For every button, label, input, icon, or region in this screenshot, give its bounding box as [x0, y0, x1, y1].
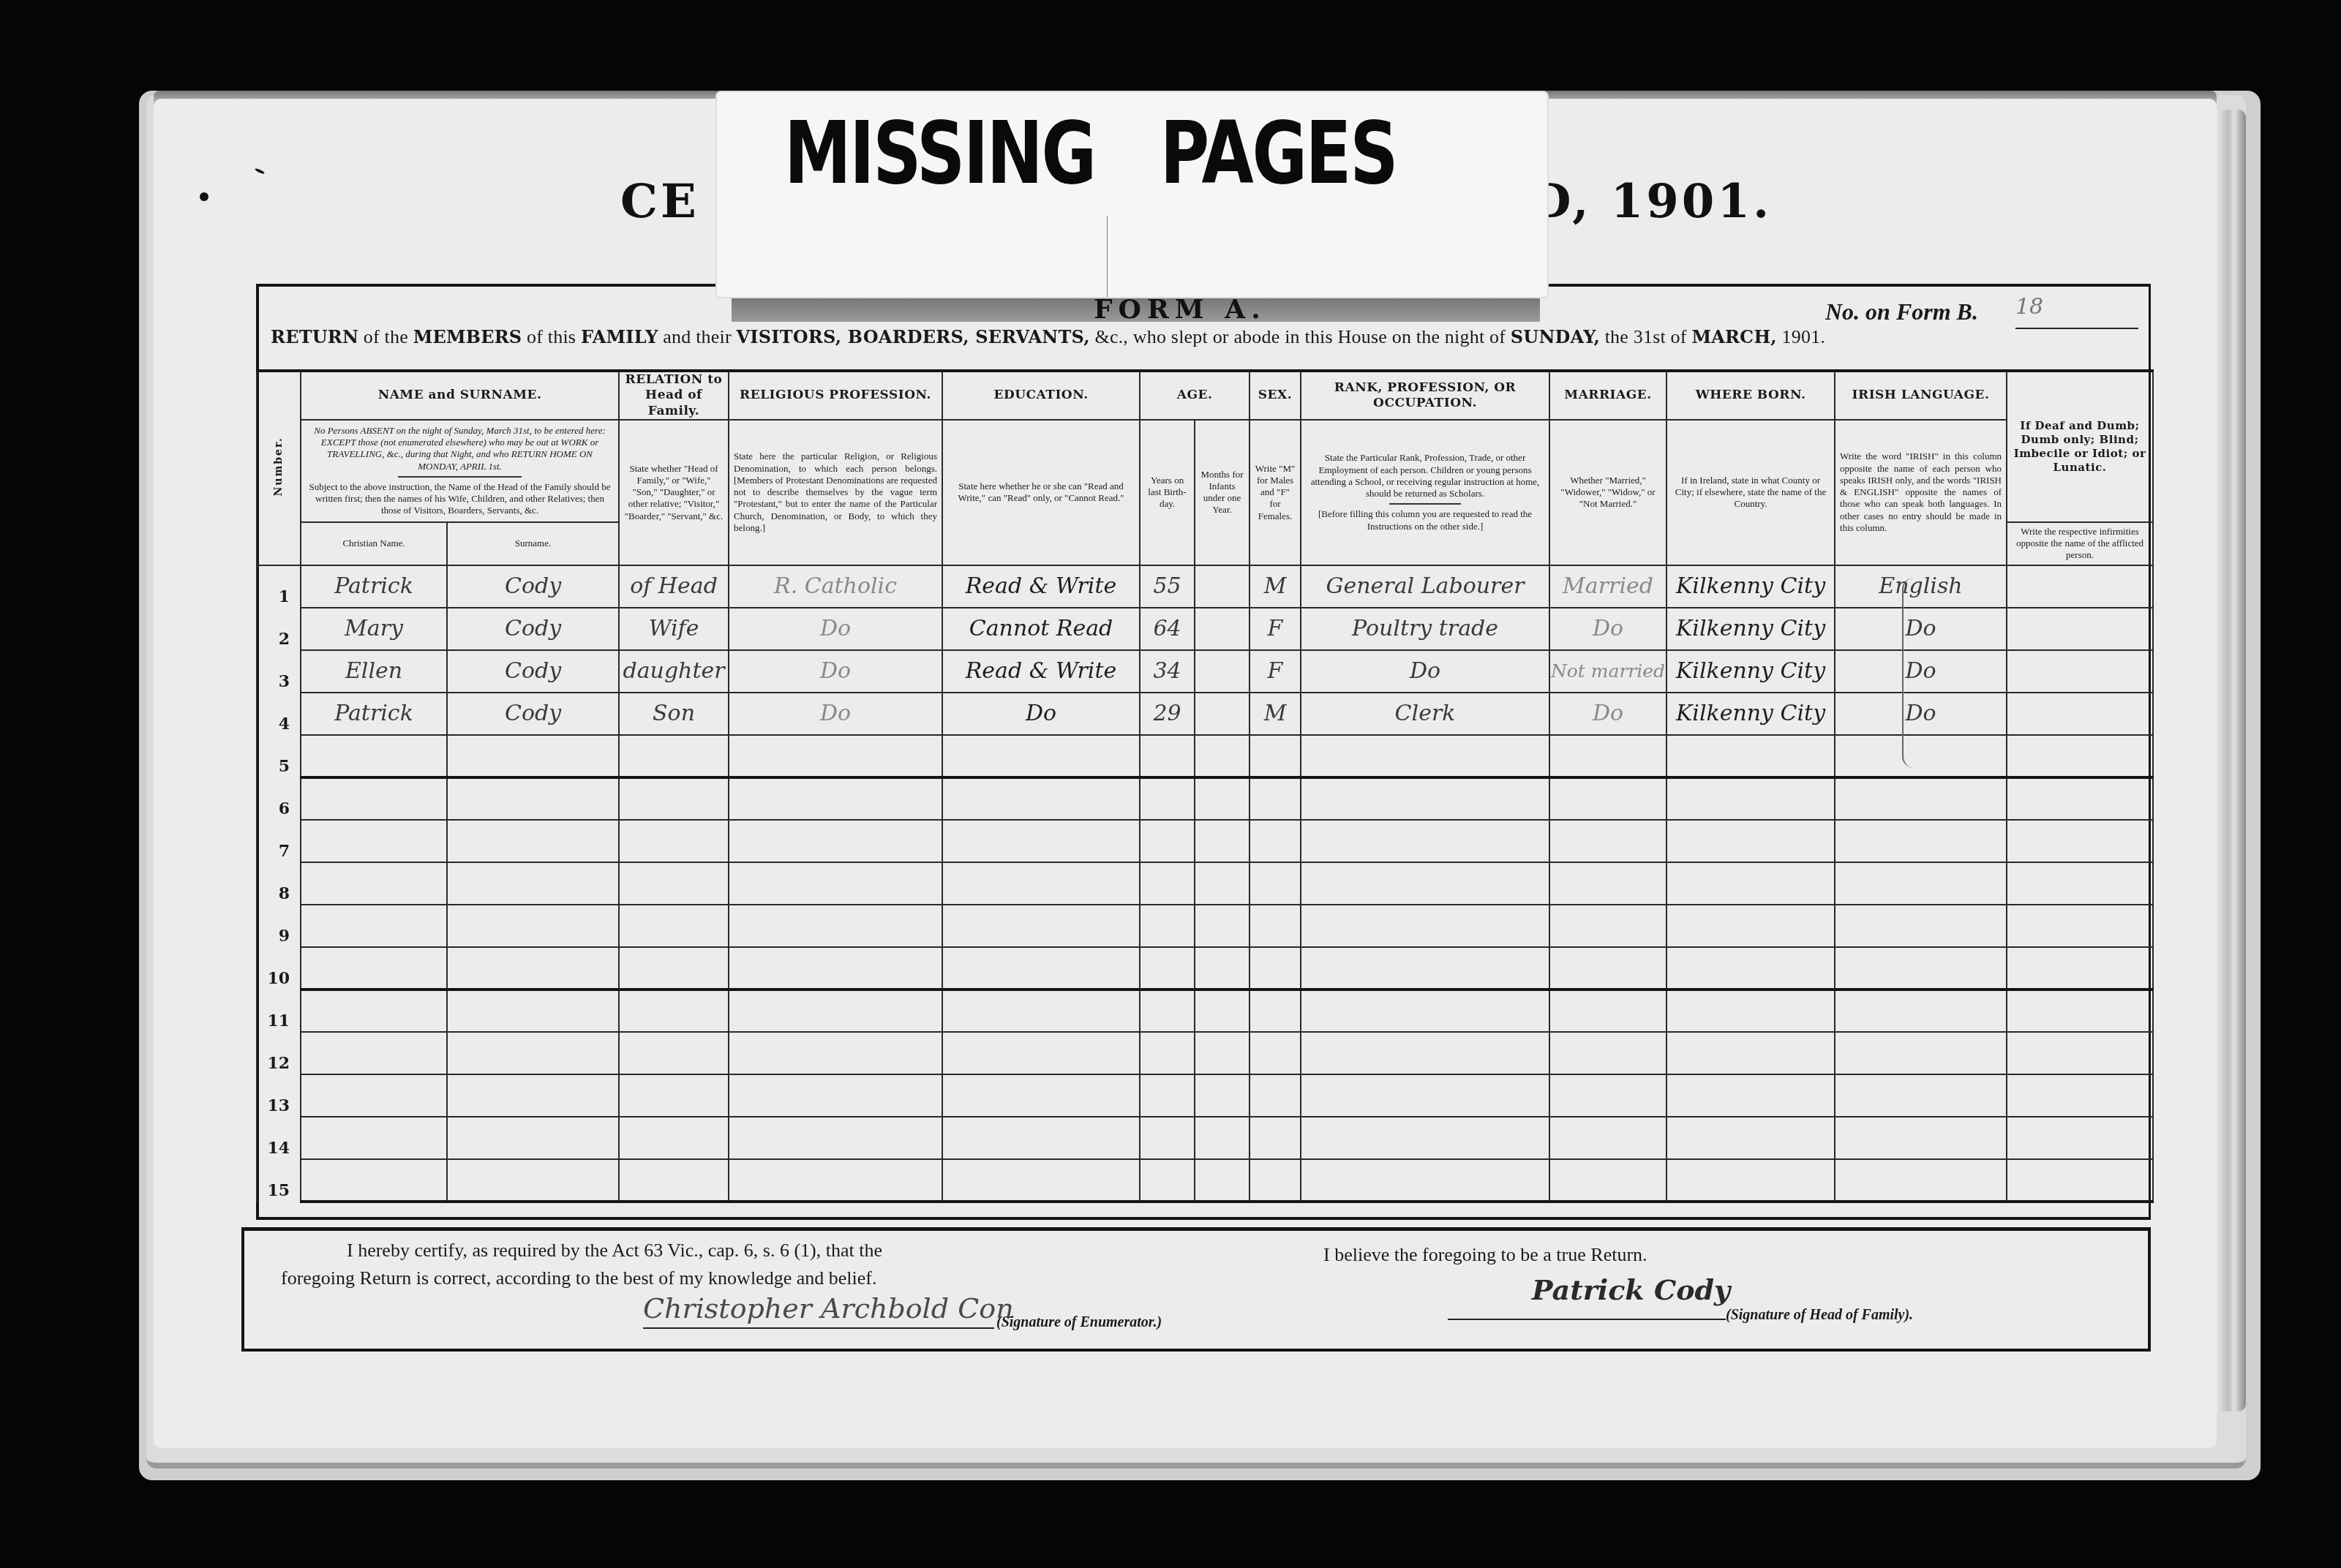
- education-cell: Cannot Read: [942, 608, 1140, 650]
- religion-cell: Do: [729, 608, 942, 650]
- infirmity-cell: [2007, 862, 2153, 905]
- religion-cell: [729, 1032, 942, 1074]
- age-months-cell: [1195, 862, 1250, 905]
- return-word: RETURN: [271, 326, 358, 347]
- relation-cell: Son: [619, 693, 729, 735]
- name-header: NAME and SURNAME.: [301, 371, 619, 420]
- education-cell: [942, 990, 1140, 1032]
- birthplace-cell: [1666, 1032, 1835, 1074]
- age-years-cell: 55: [1140, 565, 1195, 608]
- irish-language-cell: [1835, 862, 2007, 905]
- age-years-cell: [1140, 990, 1195, 1032]
- christian-name-cell: [301, 1159, 447, 1202]
- enumerator-signature: Christopher Archbold Con: [643, 1292, 1014, 1324]
- age-months-cell: [1195, 990, 1250, 1032]
- census-table: Number. NAME and SURNAME. RELATION to He…: [256, 369, 2154, 1203]
- birthplace-cell: Kilkenny City: [1666, 650, 1835, 693]
- age-years-instructions: Years on last Birth-day.: [1140, 420, 1195, 565]
- row-number: 2: [257, 608, 301, 650]
- birthplace-cell: [1666, 905, 1835, 947]
- head-signature-line: [1448, 1319, 1726, 1320]
- irish-language-cell: [1835, 820, 2007, 862]
- head-cert-line: I believe the foregoing to be a true Ret…: [1323, 1244, 1647, 1266]
- religion-header: RELIGIOUS PROFESSION.: [729, 371, 942, 420]
- infirmity-cell: [2007, 777, 2153, 820]
- religion-cell: R. Catholic: [729, 565, 942, 608]
- table-row: 14: [257, 1117, 2153, 1159]
- name-instruction-1: No Persons ABSENT on the night of Sunday…: [306, 425, 614, 472]
- age-months-instructions: Months for Infants under one Year.: [1195, 420, 1250, 565]
- infirmity-cell: [2007, 990, 2153, 1032]
- marriage-cell: [1549, 820, 1666, 862]
- irish-header: IRISH LANGUAGE.: [1835, 371, 2007, 420]
- infirmity-cell: [2007, 1074, 2153, 1117]
- age-years-cell: [1140, 1074, 1195, 1117]
- marriage-instructions: Whether "Married," "Widower," "Widow," o…: [1549, 420, 1666, 565]
- divider: [1389, 503, 1461, 505]
- row-number: 7: [257, 820, 301, 862]
- census-title-right: D, 1901.: [1530, 174, 1772, 229]
- religion-cell: [729, 820, 942, 862]
- census-title-left: CE: [620, 174, 699, 229]
- return-text: the 31st of: [1600, 326, 1691, 347]
- age-years-cell: 29: [1140, 693, 1195, 735]
- education-cell: Read & Write: [942, 650, 1140, 693]
- age-months-cell: [1195, 693, 1250, 735]
- head-signature: Patrick Cody: [1532, 1273, 1730, 1306]
- table-row: 10: [257, 947, 2153, 990]
- birthplace-cell: [1666, 862, 1835, 905]
- return-text: MEMBERS: [413, 326, 522, 347]
- surname-cell: Cody: [447, 565, 619, 608]
- age-months-cell: [1195, 650, 1250, 693]
- infirmity-header: If Deaf and Dumb; Dumb only; Blind; Imbe…: [2007, 371, 2153, 522]
- religion-cell: Do: [729, 650, 942, 693]
- row-number: 3: [257, 650, 301, 693]
- sex-cell: [1250, 862, 1301, 905]
- religion-cell: [729, 905, 942, 947]
- enumerator-cert-line-1: I hereby certify, as required by the Act…: [347, 1240, 882, 1262]
- age-header: AGE.: [1140, 371, 1250, 420]
- sex-cell: F: [1250, 650, 1301, 693]
- row-number: 15: [257, 1159, 301, 1202]
- marriage-cell: [1549, 735, 1666, 777]
- age-years-cell: 64: [1140, 608, 1195, 650]
- occupation-cell: [1301, 947, 1549, 990]
- education-cell: [942, 1032, 1140, 1074]
- relation-cell: Wife: [619, 608, 729, 650]
- birthplace-cell: Kilkenny City: [1666, 608, 1835, 650]
- return-text: &c., who slept or abode in this House on…: [1090, 326, 1511, 347]
- table-row: 5: [257, 735, 2153, 777]
- occupation-cell: [1301, 990, 1549, 1032]
- occupation-instructions: State the Particular Rank, Profession, T…: [1301, 420, 1549, 565]
- table-row: 7: [257, 820, 2153, 862]
- occupation-cell: [1301, 1117, 1549, 1159]
- christian-name-cell: [301, 947, 447, 990]
- occupation-instruction-2: [Before filling this column you are requ…: [1306, 508, 1544, 532]
- table-row: 6: [257, 777, 2153, 820]
- age-years-cell: [1140, 1159, 1195, 1202]
- irish-language-cell: [1835, 1117, 2007, 1159]
- occupation-instruction-1: State the Particular Rank, Profession, T…: [1306, 452, 1544, 500]
- sex-cell: [1250, 1074, 1301, 1117]
- sex-cell: [1250, 1117, 1301, 1159]
- education-cell: [942, 735, 1140, 777]
- christian-name-cell: [301, 735, 447, 777]
- marriage-cell: [1549, 947, 1666, 990]
- sex-cell: [1250, 735, 1301, 777]
- marriage-cell: [1549, 1074, 1666, 1117]
- head-signature-label: (Signature of Head of Family).: [1726, 1307, 1913, 1324]
- surname-cell: Cody: [447, 608, 619, 650]
- enumerator-cert-line-2: foregoing Return is correct, according t…: [281, 1267, 876, 1289]
- relation-cell: of Head: [619, 565, 729, 608]
- birthplace-cell: Kilkenny City: [1666, 693, 1835, 735]
- religion-cell: [729, 1159, 942, 1202]
- christian-name-cell: Ellen: [301, 650, 447, 693]
- marriage-header: MARRIAGE.: [1549, 371, 1666, 420]
- form-title: FORM A.: [1094, 294, 1266, 325]
- age-years-cell: [1140, 820, 1195, 862]
- relation-cell: [619, 947, 729, 990]
- table-row: 1PatrickCodyof HeadR. CatholicRead & Wri…: [257, 565, 2153, 608]
- surname-cell: [447, 735, 619, 777]
- occupation-cell: [1301, 1032, 1549, 1074]
- education-cell: [942, 862, 1140, 905]
- row-number: 14: [257, 1117, 301, 1159]
- name-instructions: No Persons ABSENT on the night of Sunday…: [301, 420, 619, 522]
- divider: [398, 476, 521, 478]
- infirmity-cell: [2007, 947, 2153, 990]
- christian-name-cell: [301, 777, 447, 820]
- christian-name-cell: [301, 990, 447, 1032]
- marriage-cell: [1549, 990, 1666, 1032]
- infirmity-cell: [2007, 820, 2153, 862]
- marriage-cell: [1549, 1159, 1666, 1202]
- infirmity-cell: [2007, 1032, 2153, 1074]
- row-number: 13: [257, 1074, 301, 1117]
- infirmity-cell: [2007, 735, 2153, 777]
- infirmity-cell: [2007, 905, 2153, 947]
- missing-pages-label: MISSING PAGES: [784, 102, 1397, 203]
- education-cell: [942, 1074, 1140, 1117]
- irish-language-cell: [1835, 1074, 2007, 1117]
- age-months-cell: [1195, 735, 1250, 777]
- return-text: SUNDAY,: [1511, 326, 1600, 347]
- sex-cell: M: [1250, 693, 1301, 735]
- relation-cell: [619, 1074, 729, 1117]
- education-cell: [942, 905, 1140, 947]
- irish-language-cell: [1835, 905, 2007, 947]
- irish-language-cell: [1835, 1159, 2007, 1202]
- row-number: 1: [257, 565, 301, 608]
- sex-cell: [1250, 1159, 1301, 1202]
- age-years-cell: [1140, 862, 1195, 905]
- name-instruction-2: Subject to the above instruction, the Na…: [306, 481, 614, 517]
- infirmity-instructions: Write the respective infirmities opposit…: [2007, 522, 2153, 565]
- relation-cell: [619, 990, 729, 1032]
- occupation-cell: [1301, 735, 1549, 777]
- christian-name-cell: Patrick: [301, 693, 447, 735]
- relation-instructions: State whether "Head of Family," or "Wife…: [619, 420, 729, 565]
- marriage-cell: [1549, 777, 1666, 820]
- religion-cell: [729, 735, 942, 777]
- education-cell: [942, 777, 1140, 820]
- certification-box: I hereby certify, as required by the Act…: [241, 1227, 2151, 1352]
- relation-cell: [619, 1159, 729, 1202]
- row-number: 9: [257, 905, 301, 947]
- enumerator-signature-label: (Signature of Enumerator.): [996, 1314, 1162, 1331]
- christian-name-cell: [301, 820, 447, 862]
- form-b-label: No. on Form B.: [1825, 298, 1978, 325]
- number-header: Number.: [257, 371, 301, 565]
- occupation-cell: [1301, 862, 1549, 905]
- christian-name-cell: [301, 1117, 447, 1159]
- age-years-cell: 34: [1140, 650, 1195, 693]
- christian-name-cell: [301, 862, 447, 905]
- form-b-value: 18: [2015, 294, 2043, 320]
- occupation-cell: Do: [1301, 650, 1549, 693]
- surname-subheader: Surname.: [447, 522, 619, 565]
- birthplace-cell: Kilkenny City: [1666, 565, 1835, 608]
- irish-instructions: Write the word "IRISH" in this column op…: [1835, 420, 2007, 565]
- surname-cell: [447, 777, 619, 820]
- table-row: 3EllenCodydaughterDoRead & Write34FDoNot…: [257, 650, 2153, 693]
- relation-cell: [619, 1032, 729, 1074]
- infirmity-cell: [2007, 1159, 2153, 1202]
- surname-cell: [447, 905, 619, 947]
- born-header: WHERE BORN.: [1666, 371, 1835, 420]
- surname-cell: [447, 1117, 619, 1159]
- card-fold-line: [1107, 216, 1108, 297]
- paper-speck: [200, 192, 208, 201]
- irish-language-cell: [1835, 990, 2007, 1032]
- table-row: 8: [257, 862, 2153, 905]
- birthplace-cell: [1666, 735, 1835, 777]
- education-cell: [942, 820, 1140, 862]
- irish-language-cell: [1835, 1032, 2007, 1074]
- birthplace-cell: [1666, 820, 1835, 862]
- education-instructions: State here whether he or she can "Read a…: [942, 420, 1140, 565]
- return-text: FAMILY: [581, 326, 658, 347]
- age-years-cell: [1140, 1032, 1195, 1074]
- sex-header: SEX.: [1250, 371, 1301, 420]
- occupation-cell: [1301, 777, 1549, 820]
- surname-cell: [447, 1032, 619, 1074]
- education-cell: Read & Write: [942, 565, 1140, 608]
- infirmity-cell: [2007, 565, 2153, 608]
- surname-cell: [447, 1159, 619, 1202]
- occupation-cell: [1301, 1074, 1549, 1117]
- sex-cell: [1250, 820, 1301, 862]
- sex-cell: [1250, 947, 1301, 990]
- christian-name-cell: [301, 1074, 447, 1117]
- birthplace-cell: [1666, 947, 1835, 990]
- sex-cell: [1250, 1032, 1301, 1074]
- relation-cell: [619, 820, 729, 862]
- marriage-cell: Married: [1549, 565, 1666, 608]
- surname-cell: [447, 862, 619, 905]
- infirmity-cell: [2007, 693, 2153, 735]
- sex-cell: [1250, 990, 1301, 1032]
- surname-cell: [447, 990, 619, 1032]
- birthplace-cell: [1666, 1074, 1835, 1117]
- religion-cell: Do: [729, 693, 942, 735]
- sex-cell: F: [1250, 608, 1301, 650]
- census-table-wrapper: Number. NAME and SURNAME. RELATION to He…: [256, 369, 2151, 1203]
- enumerator-signature-line: [643, 1327, 994, 1329]
- religion-cell: [729, 1074, 942, 1117]
- row-number: 12: [257, 1032, 301, 1074]
- sex-cell: M: [1250, 565, 1301, 608]
- table-row: 13: [257, 1074, 2153, 1117]
- marriage-cell: Do: [1549, 608, 1666, 650]
- age-months-cell: [1195, 947, 1250, 990]
- table-row: 2MaryCodyWifeDoCannot Read64FPoultry tra…: [257, 608, 2153, 650]
- return-text: VISITORS, BOARDERS, SERVANTS,: [737, 326, 1090, 347]
- irish-language-cell: [1835, 777, 2007, 820]
- surname-cell: Cody: [447, 650, 619, 693]
- marriage-cell: Do: [1549, 693, 1666, 735]
- return-heading: RETURN of the MEMBERS of this FAMILY and…: [271, 326, 2143, 348]
- age-months-cell: [1195, 608, 1250, 650]
- relation-cell: [619, 862, 729, 905]
- table-row: 11: [257, 990, 2153, 1032]
- age-months-cell: [1195, 1032, 1250, 1074]
- religion-cell: [729, 1117, 942, 1159]
- row-number: 8: [257, 862, 301, 905]
- table-row: 15: [257, 1159, 2153, 1202]
- occupation-cell: Poultry trade: [1301, 608, 1549, 650]
- infirmity-cell: [2007, 608, 2153, 650]
- relation-cell: [619, 777, 729, 820]
- relation-cell: [619, 735, 729, 777]
- age-years-cell: [1140, 905, 1195, 947]
- occupation-cell: General Labourer: [1301, 565, 1549, 608]
- marriage-cell: [1549, 1032, 1666, 1074]
- marriage-cell: [1549, 862, 1666, 905]
- surname-cell: [447, 1074, 619, 1117]
- age-months-cell: [1195, 1159, 1250, 1202]
- age-months-cell: [1195, 1074, 1250, 1117]
- surname-cell: [447, 947, 619, 990]
- christian-name-cell: Patrick: [301, 565, 447, 608]
- religion-cell: [729, 777, 942, 820]
- census-rows: 1PatrickCodyof HeadR. CatholicRead & Wri…: [257, 565, 2153, 1202]
- table-row: 9: [257, 905, 2153, 947]
- sex-cell: [1250, 905, 1301, 947]
- row-number: 6: [257, 777, 301, 820]
- age-months-cell: [1195, 1117, 1250, 1159]
- christian-name-subheader: Christian Name.: [301, 522, 447, 565]
- religion-cell: [729, 990, 942, 1032]
- relation-cell: [619, 905, 729, 947]
- occupation-cell: [1301, 905, 1549, 947]
- occupation-cell: Clerk: [1301, 693, 1549, 735]
- religion-instructions: State here the particular Religion, or R…: [729, 420, 942, 565]
- christian-name-cell: [301, 905, 447, 947]
- relation-header: RELATION to Head of Family.: [619, 371, 729, 420]
- age-years-cell: [1140, 1117, 1195, 1159]
- born-instructions: If in Ireland, state in what County or C…: [1666, 420, 1835, 565]
- birthplace-cell: [1666, 1159, 1835, 1202]
- infirmity-cell: [2007, 1117, 2153, 1159]
- relation-cell: daughter: [619, 650, 729, 693]
- religion-cell: [729, 947, 942, 990]
- occupation-cell: [1301, 820, 1549, 862]
- education-header: EDUCATION.: [942, 371, 1140, 420]
- row-number: 5: [257, 735, 301, 777]
- marriage-cell: [1549, 905, 1666, 947]
- table-row: 12: [257, 1032, 2153, 1074]
- religion-cell: [729, 862, 942, 905]
- row-number: 11: [257, 990, 301, 1032]
- age-years-cell: [1140, 947, 1195, 990]
- row-number: 4: [257, 693, 301, 735]
- return-text: of this: [522, 326, 581, 347]
- sex-instructions: Write "M" for Males and "F" for Females.: [1250, 420, 1301, 565]
- row-number: 10: [257, 947, 301, 990]
- return-text: 1901.: [1777, 326, 1825, 347]
- sex-cell: [1250, 777, 1301, 820]
- infirmity-cell: [2007, 650, 2153, 693]
- marriage-cell: Not married: [1549, 650, 1666, 693]
- age-months-cell: [1195, 777, 1250, 820]
- education-cell: Do: [942, 693, 1140, 735]
- surname-cell: [447, 820, 619, 862]
- missing-pages-card: MISSING PAGES: [717, 92, 1547, 297]
- occupation-header: RANK, PROFESSION, OR OCCUPATION.: [1301, 371, 1549, 420]
- return-text: of the: [358, 326, 413, 347]
- age-months-cell: [1195, 565, 1250, 608]
- page-stack-right: [2217, 110, 2246, 1411]
- christian-name-cell: Mary: [301, 608, 447, 650]
- education-cell: [942, 1117, 1140, 1159]
- age-years-cell: [1140, 735, 1195, 777]
- christian-name-cell: [301, 1032, 447, 1074]
- age-months-cell: [1195, 905, 1250, 947]
- education-cell: [942, 1159, 1140, 1202]
- irish-language-cell: [1835, 947, 2007, 990]
- relation-cell: [619, 1117, 729, 1159]
- birthplace-cell: [1666, 777, 1835, 820]
- irish-column-ditto-stroke: [1902, 578, 1925, 768]
- surname-cell: Cody: [447, 693, 619, 735]
- age-years-cell: [1140, 777, 1195, 820]
- number-header-label: Number.: [273, 437, 285, 496]
- table-row: 4PatrickCodySonDoDo29MClerkDoKilkenny Ci…: [257, 693, 2153, 735]
- education-cell: [942, 947, 1140, 990]
- return-text: and their: [658, 326, 737, 347]
- birthplace-cell: [1666, 990, 1835, 1032]
- birthplace-cell: [1666, 1117, 1835, 1159]
- age-months-cell: [1195, 820, 1250, 862]
- marriage-cell: [1549, 1117, 1666, 1159]
- occupation-cell: [1301, 1159, 1549, 1202]
- return-text: MARCH,: [1691, 326, 1776, 347]
